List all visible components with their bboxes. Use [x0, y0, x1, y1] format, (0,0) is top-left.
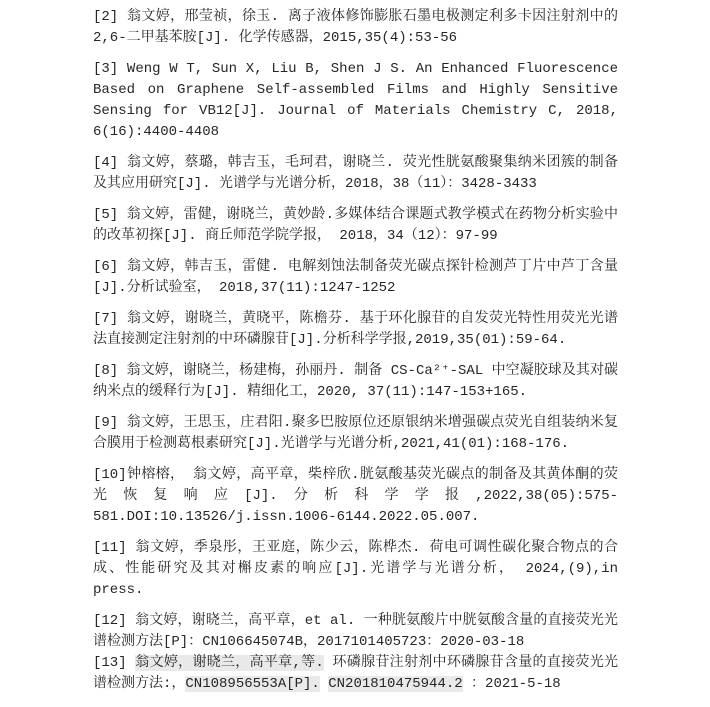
reference-text: [10]钟榕榕， 翁文婷，高平章，柴梓欣.胱氨酸基荧光碳点的制备及其黄体酮的荧光… — [93, 467, 618, 525]
reference-item-13: [13] 翁文婷，谢晓兰，高平章,等. 环磷腺苷注射剂中环磷腺苷含量的直接荧光光… — [93, 653, 618, 695]
reference-item-4: [4] 翁文婷，蔡璐，韩吉玉，毛珂君，谢晓兰. 荧光性胱氨酸聚集纳米团簇的制备及… — [93, 153, 618, 195]
reference-label: [13] — [93, 655, 135, 671]
reference-item-2: [2] 翁文婷，邢莹祯，徐玉. 离子液体修饰膨胀石墨电极测定利多卡因注射剂中的 … — [93, 7, 618, 49]
reference-text: [6] 翁文婷，韩吉玉，雷健. 电解刻蚀法制备荧光碳点探针检测芦丁片中芦丁含量[… — [93, 259, 618, 296]
reference-text: [2] 翁文婷，邢莹祯，徐玉. 离子液体修饰膨胀石墨电极测定利多卡因注射剂中的 … — [93, 9, 626, 46]
reference-text-spacer — [320, 676, 328, 692]
reference-item-10: [10]钟榕榕， 翁文婷，高平章，柴梓欣.胱氨酸基荧光碳点的制备及其黄体酮的荧光… — [93, 465, 618, 528]
reference-item-7: [7] 翁文婷，谢晓兰，黄晓平，陈檐芬. 基于环化腺苷的自发荧光特性用荧光光谱法… — [93, 309, 618, 351]
reference-text: [3] Weng W T, Sun X, Liu B, Shen J S. An… — [93, 61, 626, 140]
reference-item-8: [8] 翁文婷，谢晓兰，杨建梅，孙丽丹. 制备 CS-Ca²⁺-SAL 中空凝胶… — [93, 361, 618, 403]
highlighted-application-number: CN201810475944.2 — [328, 676, 462, 692]
reference-item-6: [6] 翁文婷，韩吉玉，雷健. 电解刻蚀法制备荧光碳点探针检测芦丁片中芦丁含量[… — [93, 257, 618, 299]
document-page: [2] 翁文婷，邢莹祯，徐玉. 离子液体修饰膨胀石墨电极测定利多卡因注射剂中的 … — [0, 0, 710, 707]
reference-item-12: [12] 翁文婷，谢晓兰，高平章，et al. 一种胱氨酸片中胱氨酸含量的直接荧… — [93, 611, 618, 653]
reference-date: ：2021-5-18 — [463, 676, 561, 692]
reference-text: [7] 翁文婷，谢晓兰，黄晓平，陈檐芬. 基于环化腺苷的自发荧光特性用荧光光谱法… — [93, 311, 618, 348]
reference-text: [12] 翁文婷，谢晓兰，高平章，et al. 一种胱氨酸片中胱氨酸含量的直接荧… — [93, 613, 618, 650]
reference-item-5: [5] 翁文婷，雷健，谢晓兰，黄妙龄.多媒体结合课题式教学模式在药物分析实验中的… — [93, 205, 618, 247]
reference-item-3: [3] Weng W T, Sun X, Liu B, Shen J S. An… — [93, 59, 618, 143]
reference-text: [9] 翁文婷，王思玉，庄君阳.聚多巴胺原位还原银纳米增强碳点荧光自组装纳米复合… — [93, 415, 618, 452]
reference-text: [8] 翁文婷，谢晓兰，杨建梅，孙丽丹. 制备 CS-Ca²⁺-SAL 中空凝胶… — [93, 363, 618, 400]
highlighted-patent-number: CN108956553A[P]. — [185, 676, 319, 692]
reference-text: [4] 翁文婷，蔡璐，韩吉玉，毛珂君，谢晓兰. 荧光性胱氨酸聚集纳米团簇的制备及… — [93, 155, 618, 192]
reference-item-9: [9] 翁文婷，王思玉，庄君阳.聚多巴胺原位还原银纳米增强碳点荧光自组装纳米复合… — [93, 413, 618, 455]
reference-text: [11] 翁文婷，季泉彤，王亚庭，陈少云，陈桦杰. 荷电可调性碳化聚合物点的合成… — [93, 540, 626, 598]
highlighted-authors: 翁文婷，谢晓兰，高平章,等. — [135, 655, 324, 671]
reference-text: [5] 翁文婷，雷健，谢晓兰，黄妙龄.多媒体结合课题式教学模式在药物分析实验中的… — [93, 207, 618, 244]
reference-item-11: [11] 翁文婷，季泉彤，王亚庭，陈少云，陈桦杰. 荷电可调性碳化聚合物点的合成… — [93, 538, 618, 601]
